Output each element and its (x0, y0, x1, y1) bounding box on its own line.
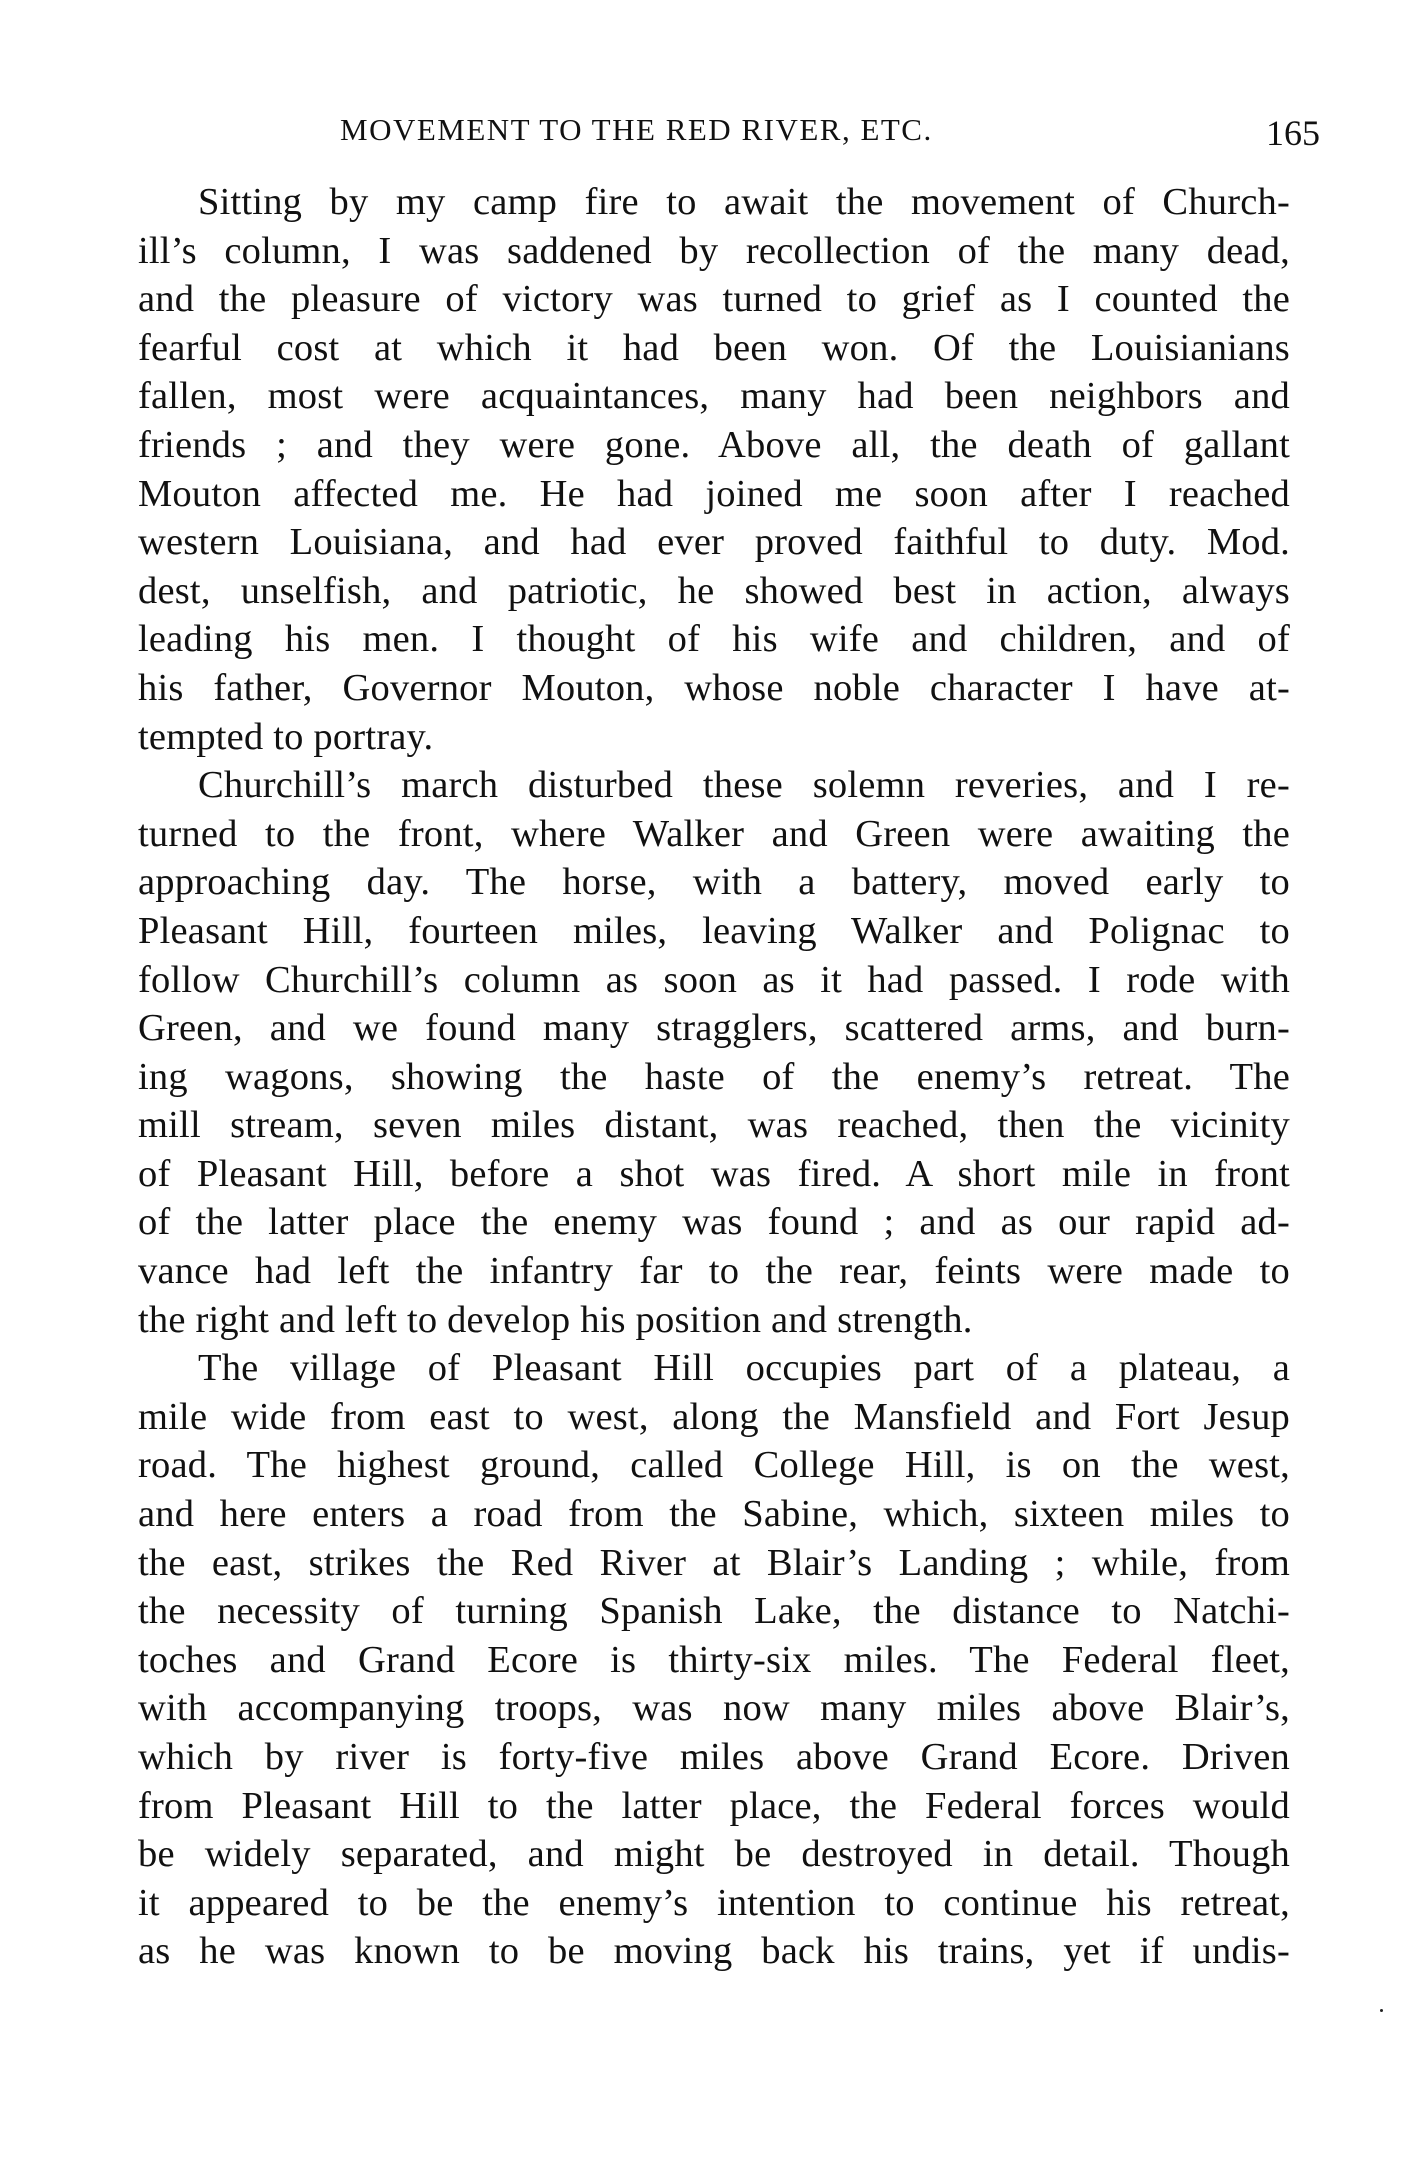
paragraph-3: The village of Pleasant Hill occupies pa… (138, 1344, 1290, 1976)
text-line: his father, Governor Mouton, whose noble… (138, 664, 1290, 713)
text-line: as he was known to be moving back his tr… (138, 1927, 1290, 1976)
scan-speck (1380, 2009, 1383, 2012)
text-line: Sitting by my camp fire to await the mov… (138, 178, 1290, 227)
text-line: mill stream, seven miles distant, was re… (138, 1101, 1290, 1150)
text-line: mile wide from east to west, along the M… (138, 1393, 1290, 1442)
text-line: which by river is forty-five miles above… (138, 1733, 1290, 1782)
text-line: dest, unselfish, and patriotic, he showe… (138, 567, 1290, 616)
text-line: Pleasant Hill, fourteen miles, leaving W… (138, 907, 1290, 956)
text-line: the necessity of turning Spanish Lake, t… (138, 1587, 1290, 1636)
text-line: Green, and we found many stragglers, sca… (138, 1004, 1290, 1053)
text-line: Mouton affected me. He had joined me soo… (138, 470, 1290, 519)
text-line: and here enters a road from the Sabine, … (138, 1490, 1290, 1539)
text-line: follow Churchill’s column as soon as it … (138, 956, 1290, 1005)
text-line: leading his men. I thought of his wife a… (138, 615, 1290, 664)
running-header: MOVEMENT TO THE RED RIVER, ETC. 165 (330, 112, 1320, 156)
text-line: of the latter place the enemy was found … (138, 1198, 1290, 1247)
text-line: vance had left the infantry far to the r… (138, 1247, 1290, 1296)
body-text: Sitting by my camp fire to await the mov… (138, 178, 1290, 1976)
text-line: it appeared to be the enemy’s intention … (138, 1879, 1290, 1928)
paragraph-2: Churchill’s march disturbed these solemn… (138, 761, 1290, 1344)
text-line: tempted to portray. (138, 713, 1290, 762)
text-line: the right and left to develop his positi… (138, 1296, 1290, 1345)
text-line: with accompanying troops, was now many m… (138, 1684, 1290, 1733)
text-line: ill’s column, I was saddened by recollec… (138, 227, 1290, 276)
text-line: the east, strikes the Red River at Blair… (138, 1539, 1290, 1588)
paragraph-1: Sitting by my camp fire to await the mov… (138, 178, 1290, 761)
page-number: 165 (1266, 112, 1320, 154)
text-line: western Louisiana, and had ever proved f… (138, 518, 1290, 567)
book-page: MOVEMENT TO THE RED RIVER, ETC. 165 Sitt… (0, 0, 1404, 2160)
text-line: fearful cost at which it had been won. O… (138, 324, 1290, 373)
text-line: fallen, most were acquaintances, many ha… (138, 372, 1290, 421)
text-line: and the pleasure of victory was turned t… (138, 275, 1290, 324)
text-line: friends ; and they were gone. Above all,… (138, 421, 1290, 470)
text-line: Churchill’s march disturbed these solemn… (138, 761, 1290, 810)
text-line: of Pleasant Hill, before a shot was fire… (138, 1150, 1290, 1199)
text-line: turned to the front, where Walker and Gr… (138, 810, 1290, 859)
running-title: MOVEMENT TO THE RED RIVER, ETC. (340, 112, 933, 148)
text-line: road. The highest ground, called College… (138, 1441, 1290, 1490)
text-line: toches and Grand Ecore is thirty-six mil… (138, 1636, 1290, 1685)
text-line: from Pleasant Hill to the latter place, … (138, 1782, 1290, 1831)
text-line: be widely separated, and might be destro… (138, 1830, 1290, 1879)
text-line: The village of Pleasant Hill occupies pa… (138, 1344, 1290, 1393)
text-line: approaching day. The horse, with a batte… (138, 858, 1290, 907)
text-line: ing wagons, showing the haste of the ene… (138, 1053, 1290, 1102)
